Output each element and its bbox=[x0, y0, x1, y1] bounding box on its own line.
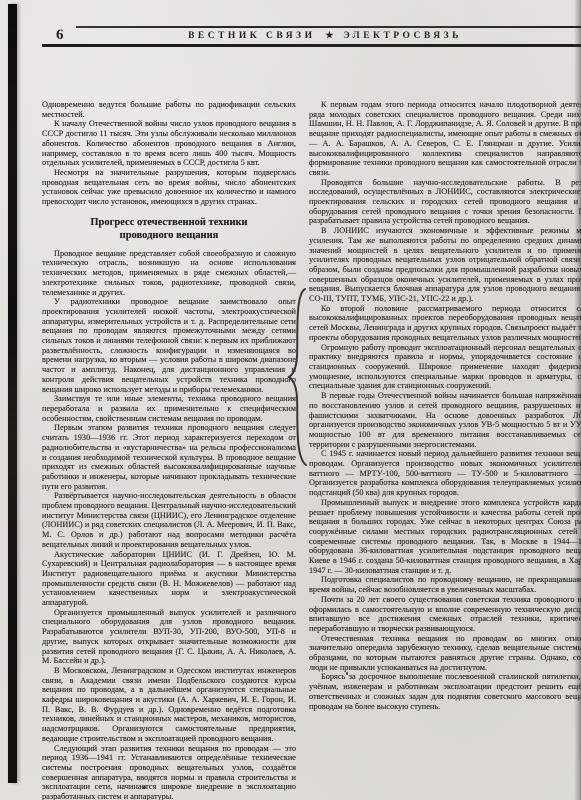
journal-title: ВЕСТНИК СВЯЗИ ★ ЭЛЕКТРОСВЯЗЬ bbox=[42, 30, 581, 41]
left-column: Одновременно ведутся большие работы по р… bbox=[42, 100, 296, 800]
margin-brace-annotation bbox=[287, 287, 309, 467]
paragraph: К первым годам этого периода относится н… bbox=[309, 100, 581, 178]
paragraph: Проводное вещание представляет собой сво… bbox=[42, 249, 296, 298]
scan-speck bbox=[143, 786, 146, 789]
paragraph: Заимствуя те или иные элементы, техника … bbox=[42, 394, 296, 423]
paragraph: Почти за 20 лет своего существования сов… bbox=[309, 595, 581, 634]
scan-speck bbox=[346, 672, 348, 675]
paragraph: Следующий этап развития техники вещания … bbox=[42, 744, 296, 800]
header-rule-top bbox=[76, 26, 581, 28]
section-heading-line2: проводного вещания bbox=[120, 230, 219, 241]
page-header: ВЕСТНИК СВЯЗИ ★ ЭЛЕКТРОСВЯЗЬ bbox=[42, 26, 581, 47]
section-heading-line1: Прогресс отечественной техники bbox=[90, 217, 247, 228]
paragraph: Отечественная техника вещания по провода… bbox=[309, 634, 581, 673]
scanned-page: 6 ВЕСТНИК СВЯЗИ ★ ЭЛЕКТРОСВЯЗЬ Одновреме… bbox=[0, 0, 581, 800]
paragraph: В ЛОНИИС изучаются экономичные и эффекти… bbox=[309, 226, 581, 304]
paragraph: Акустические лаборатории ЦНИИС (И. Г. Др… bbox=[42, 550, 296, 608]
paragraph: Ко второй половине рассматриваемого пери… bbox=[309, 304, 581, 343]
paragraph: В Московском, Ленинградском и Одесском и… bbox=[42, 666, 296, 744]
paragraph: К началу Отечественной войны число узлов… bbox=[42, 119, 296, 168]
book-binding-shadow bbox=[8, 4, 17, 783]
section-heading: Прогресс отечественной техники проводног… bbox=[42, 216, 296, 242]
right-column-body: К первым годам этого периода относится н… bbox=[309, 100, 581, 711]
paragraph: Одновременно ведутся большие работы по р… bbox=[42, 100, 296, 119]
paragraph: Организуется промышленный выпуск усилите… bbox=[42, 608, 296, 666]
left-column-body: Проводное вещание представляет собой сво… bbox=[42, 249, 296, 800]
left-column-intro: Одновременно ведутся большие работы по р… bbox=[42, 100, 296, 207]
header-rule-bottom bbox=[42, 44, 581, 47]
right-column: К первым годам этого периода относится н… bbox=[309, 100, 581, 800]
paragraph: Промышленный выпуск и внедрение этого ко… bbox=[309, 498, 581, 576]
paragraph: В первые годы Отечественной войны начина… bbox=[309, 391, 581, 449]
paragraph: Огромную работу проводит эксплоатационны… bbox=[309, 343, 581, 392]
paragraph: Несмотря на значительные разрушения, кот… bbox=[42, 168, 296, 207]
paragraph: Борясь за досрочное выполнение послевоен… bbox=[309, 672, 581, 711]
paragraph: Проводятся большие научно-исследовательс… bbox=[309, 178, 581, 227]
paragraph: Первым этапом развития техники проводног… bbox=[42, 423, 296, 491]
paragraph: Развёртывается научно-исследовательская … bbox=[42, 491, 296, 549]
article-body: Одновременно ведутся большие работы по р… bbox=[42, 100, 581, 800]
journal-title-right: ЭЛЕКТРОСВЯЗЬ bbox=[343, 31, 462, 41]
paragraph: Подготовка специалистов по проводному ве… bbox=[309, 575, 581, 594]
journal-title-left: ВЕСТНИК СВЯЗИ bbox=[188, 31, 315, 41]
paragraph: С 1945 г. начинается новый период дальне… bbox=[309, 449, 581, 498]
paragraph: У радиотехники проводное вещание заимств… bbox=[42, 297, 296, 394]
star-icon: ★ bbox=[321, 30, 337, 40]
